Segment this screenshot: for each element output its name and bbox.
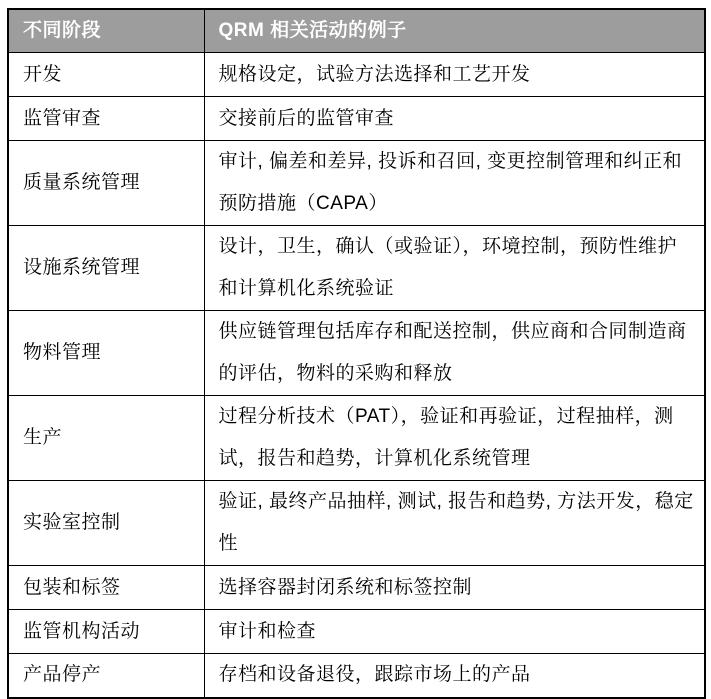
phase-cell: 实验室控制 — [8, 481, 204, 566]
table-row: 产品停产 存档和设备退役，跟踪市场上的产品 — [8, 654, 705, 698]
header-cell-phase: 不同阶段 — [8, 9, 204, 53]
activities-cell: 设计，卫生，确认（或验证），环境控制，预防性维护和计算机化系统验证 — [204, 226, 705, 311]
activities-cell: 供应链管理包括库存和配送控制，供应商和合同制造商的评估，物料的采购和释放 — [204, 311, 705, 396]
activities-cell: 选择容器封闭系统和标签控制 — [204, 566, 705, 610]
activities-cell: 过程分析技术（PAT），验证和再验证，过程抽样，测试，报告和趋势，计算机化系统管… — [204, 396, 705, 481]
activities-cell: 审计, 偏差和差异, 投诉和召回, 变更控制管理和纠正和预防措施（CAPA） — [204, 141, 705, 226]
phase-cell: 开发 — [8, 53, 204, 97]
activities-cell: 审计和检查 — [204, 610, 705, 654]
activities-cell: 验证, 最终产品抽样, 测试, 报告和趋势, 方法开发，稳定性 — [204, 481, 705, 566]
table-row: 监管审查 交接前后的监管审查 — [8, 97, 705, 141]
phase-cell: 质量系统管理 — [8, 141, 204, 226]
activities-cell: 交接前后的监管审查 — [204, 97, 705, 141]
phase-cell: 设施系统管理 — [8, 226, 204, 311]
table-row: 物料管理 供应链管理包括库存和配送控制，供应商和合同制造商的评估，物料的采购和释… — [8, 311, 705, 396]
phase-cell: 包装和标签 — [8, 566, 204, 610]
phase-cell: 监管审查 — [8, 97, 204, 141]
phase-cell: 生产 — [8, 396, 204, 481]
activities-cell: 存档和设备退役，跟踪市场上的产品 — [204, 654, 705, 698]
table-row: 开发 规格设定，试验方法选择和工艺开发 — [8, 53, 705, 97]
table-row: 生产 过程分析技术（PAT），验证和再验证，过程抽样，测试，报告和趋势，计算机化… — [8, 396, 705, 481]
table-row: 监管机构活动 审计和检查 — [8, 610, 705, 654]
table-row: 质量系统管理 审计, 偏差和差异, 投诉和召回, 变更控制管理和纠正和预防措施（… — [8, 141, 705, 226]
table-body: 开发 规格设定，试验方法选择和工艺开发 监管审查 交接前后的监管审查 质量系统管… — [8, 53, 705, 698]
phase-cell: 监管机构活动 — [8, 610, 204, 654]
table-row: 实验室控制 验证, 最终产品抽样, 测试, 报告和趋势, 方法开发，稳定性 — [8, 481, 705, 566]
qrm-activities-table: 不同阶段 QRM 相关活动的例子 开发 规格设定，试验方法选择和工艺开发 监管审… — [7, 8, 706, 699]
phase-cell: 产品停产 — [8, 654, 204, 698]
header-cell-activities: QRM 相关活动的例子 — [204, 9, 705, 53]
table-row: 设施系统管理 设计，卫生，确认（或验证），环境控制，预防性维护和计算机化系统验证 — [8, 226, 705, 311]
phase-cell: 物料管理 — [8, 311, 204, 396]
table-row: 包装和标签 选择容器封闭系统和标签控制 — [8, 566, 705, 610]
document-page: 不同阶段 QRM 相关活动的例子 开发 规格设定，试验方法选择和工艺开发 监管审… — [0, 0, 711, 688]
activities-cell: 规格设定，试验方法选择和工艺开发 — [204, 53, 705, 97]
table-header-row: 不同阶段 QRM 相关活动的例子 — [8, 9, 705, 53]
